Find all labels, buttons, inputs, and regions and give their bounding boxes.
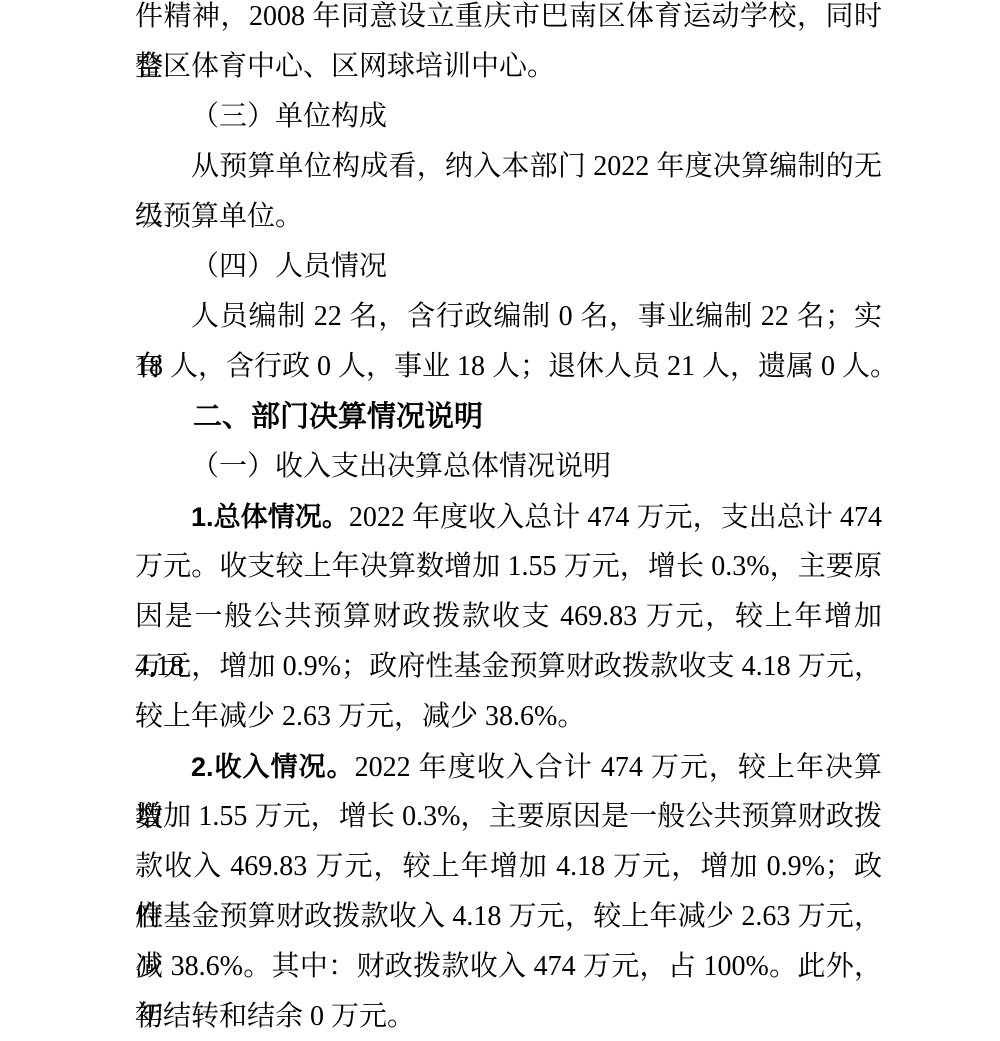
document-body: 件精神，2008 年同意设立重庆市巴南区体育运动学校，同时整 合区体育中心、区网… <box>135 0 882 1041</box>
text-line: 从预算单位构成看，纳入本部门 2022 年度决算编制的无二 <box>135 142 882 192</box>
text-line: 增加 1.55 万元，增长 0.3%，主要原因是一般公共预算财政拨 <box>135 792 882 842</box>
document-page: 件精神，2008 年同意设立重庆市巴南区体育运动学校，同时整 合区体育中心、区网… <box>0 0 1000 1041</box>
text-line: 合区体育中心、区网球培训中心。 <box>135 42 882 92</box>
text-line: 款收入 469.83 万元，较上年增加 4.18 万元，增加 0.9%；政府 <box>135 842 882 892</box>
text-line: 初结转和结余 0 万元。 <box>135 992 882 1041</box>
subheading-unit-composition: （三）单位构成 <box>135 92 882 142</box>
subheading-overall-income-expense: （一）收入支出决算总体情况说明 <box>135 442 882 492</box>
text-line: 较上年减少 2.63 万元，减少 38.6%。 <box>135 692 882 742</box>
paragraph-lead-bold: 1.总体情况。 <box>191 502 349 532</box>
subheading-personnel: （四）人员情况 <box>135 242 882 292</box>
text-line: 因是一般公共预算财政拨款收支 469.83 万元，较上年增加 4.18 <box>135 592 882 642</box>
text-line: 人员编制 22 名，含行政编制 0 名，事业编制 22 名；实有 <box>135 292 882 342</box>
text-line: 18 人，含行政 0 人，事业 18 人；退休人员 21 人，遗属 0 人。 <box>135 342 882 392</box>
paragraph-income-situation: 2.收入情况。2022 年度收入合计 474 万元，较上年决算数 <box>135 742 882 792</box>
text-line: 万元。收支较上年决算数增加 1.55 万元，增长 0.3%，主要原 <box>135 542 882 592</box>
text-line: 少 38.6%。其中：财政拨款收入 474 万元，占 100%。此外，年 <box>135 942 882 992</box>
text-line: 万元，增加 0.9%；政府性基金预算财政拨款收支 4.18 万元， <box>135 642 882 692</box>
paragraph-lead-bold: 2.收入情况。 <box>191 752 355 782</box>
text-line: 性基金预算财政拨款收入 4.18 万元，较上年减少 2.63 万元，减 <box>135 892 882 942</box>
text-line: 件精神，2008 年同意设立重庆市巴南区体育运动学校，同时整 <box>135 0 882 42</box>
text-line: 级预算单位。 <box>135 192 882 242</box>
section-heading-final-accounts: 二、部门决算情况说明 <box>135 392 882 442</box>
paragraph-overall-situation: 1.总体情况。2022 年度收入总计 474 万元，支出总计 474 <box>135 492 882 542</box>
paragraph-text: 2022 年度收入总计 474 万元，支出总计 474 <box>349 502 882 533</box>
